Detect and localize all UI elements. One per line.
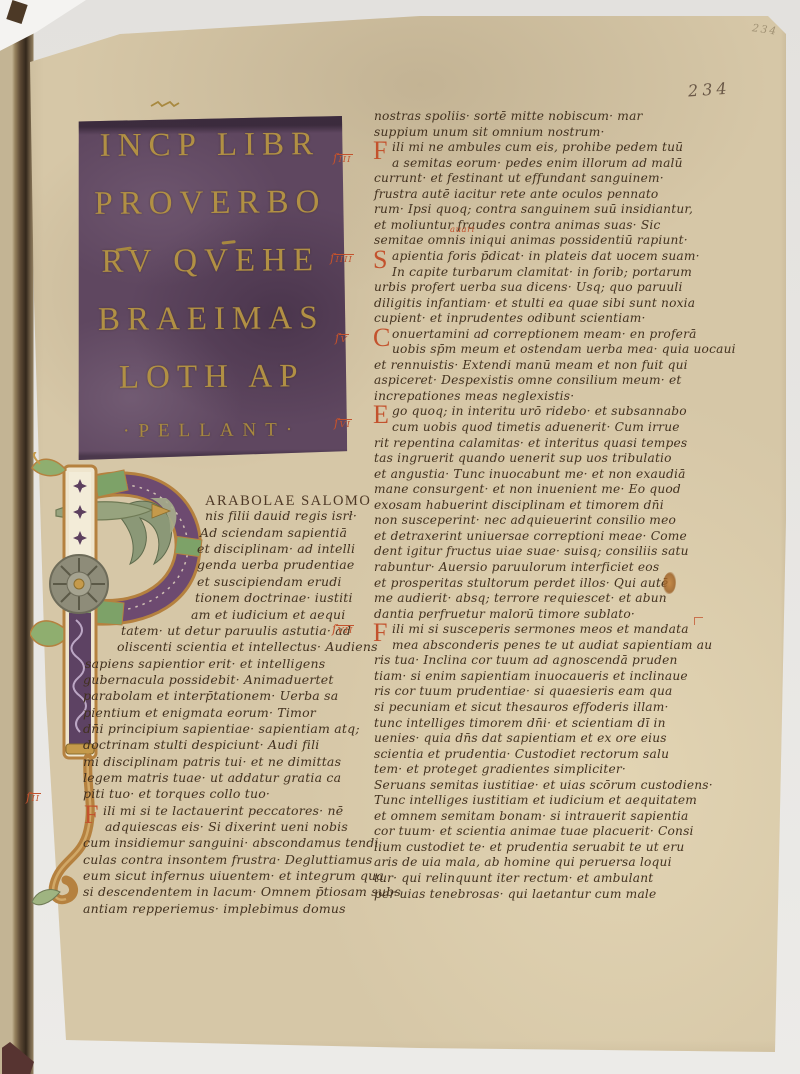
text-line: tatem· ut detur paruulis astutia· ad xyxy=(121,625,351,638)
text-line: Fili mi si te lactauerint peccatores· nē xyxy=(103,805,343,818)
line-text: legem matris tuae· ut addatur gratia ca xyxy=(83,770,341,785)
line-text: parabolam et interp̄tationem· Uerba sa xyxy=(83,688,338,703)
text-line: et rennuistis· Extendi manū meam et non … xyxy=(374,359,688,371)
line-text: suppium unum sit omnium nostrum· xyxy=(374,125,605,139)
line-text: frustra autē iacitur rete ante oculos pe… xyxy=(374,187,658,201)
line-text: culas contra insontem frustra· Degluttia… xyxy=(83,852,373,867)
incipit-panel: INCP LIBRPROVERBORV QVEHEBRAEIMASLOTH AP… xyxy=(75,116,348,460)
numeral-value: VI xyxy=(338,419,352,430)
red-initial: F xyxy=(373,620,388,646)
line-text: et rennuistis· Extendi manū meam et non … xyxy=(374,358,688,372)
text-line: Sapientia foris p̄dicat· in plateis dat … xyxy=(392,250,700,262)
line-text: apientia foris p̄dicat· in plateis dat u… xyxy=(392,249,700,263)
line-text: semitae omnis iniqui animas possidentiū … xyxy=(374,233,688,247)
line-text: cupient· et inprudentes odibunt scientia… xyxy=(374,311,646,325)
chapter-numeral: ſIIII xyxy=(330,249,354,265)
line-text: et suscipiendam erudi xyxy=(197,574,342,589)
line-text: mi disciplinam patris tui· et ne dimitta… xyxy=(83,754,341,769)
text-line: doctrinam stulti despiciunt· Audi fili xyxy=(83,739,320,752)
line-text: oliscenti scientia et intellectus· Audie… xyxy=(117,639,378,654)
line-text: et omnem semitam bonam· si intrauerit sa… xyxy=(374,809,689,823)
text-line: culas contra insontem frustra· Degluttia… xyxy=(83,854,373,867)
text-line: ARABOLAE SALOMO xyxy=(205,494,371,509)
line-text: et disciplinam· ad intelli xyxy=(197,541,355,556)
chapter-numeral: ſVI xyxy=(334,414,352,430)
line-text: et angustia· Tunc inuocabunt me· et non … xyxy=(374,467,686,481)
line-text: rabuntur· Auersio paruulorum interficiet… xyxy=(374,560,659,574)
line-text: nis filii dauid regis isrł· xyxy=(205,508,357,523)
text-line: frustra autē iacitur rete ante oculos pe… xyxy=(374,188,658,200)
line-text: eum sicut infernus uiuentem· et integrum… xyxy=(83,868,384,883)
line-text: si descendentem in lacum· Omnem p̄tiosam… xyxy=(83,884,401,899)
text-line: et detraxerint uniuersae correptioni mea… xyxy=(374,530,687,542)
line-text: sapiens sapientior erit· et intelligens xyxy=(85,656,325,671)
text-line: increpationes meas neglexistis· xyxy=(374,390,574,402)
text-line: cum insidiemur sanguini· abscondamus ten… xyxy=(83,837,379,850)
line-text: rit repentina calamitas· et interitus qu… xyxy=(374,436,687,450)
text-line: cum uobis quod timetis aduenerit· Cum ir… xyxy=(392,421,680,433)
red-correction-mark xyxy=(694,617,703,625)
numeral-value: V xyxy=(339,334,348,345)
text-line: ris cor tuum prudentiae· si quaesieris e… xyxy=(374,685,673,697)
line-text: per uias tenebrosas· qui laetantur cum m… xyxy=(374,887,656,901)
text-line: mi disciplinam patris tui· et ne dimitta… xyxy=(83,756,341,769)
line-text: doctrinam stulti despiciunt· Audi fili xyxy=(83,737,320,752)
text-line: Seruans semitas iustitiae· et uias scōru… xyxy=(374,779,713,791)
line-text: piti tuo· et torques collo tuo· xyxy=(83,786,270,801)
text-line: ris tua· Inclina cor tuum ad agnoscendā … xyxy=(374,654,678,666)
text-line: dn̄i principium sapientiae· sapientiam a… xyxy=(83,723,360,736)
line-text: Seruans semitas iustitiae· et uias scōru… xyxy=(374,778,713,792)
text-line: nis filii dauid regis isrł· xyxy=(205,510,357,523)
line-text: tem· et proteget gradientes simpliciter· xyxy=(374,762,626,776)
text-line: uobis sp̄m meum et ostendam uerba mea· q… xyxy=(392,343,736,355)
line-text: exosam habuerint disciplinam et timorem … xyxy=(374,498,664,512)
line-text: Tunc intelliges iustitiam et iudicium et… xyxy=(374,793,697,807)
text-line: tunc intelliges timorem dn̄i· et scienti… xyxy=(374,717,666,729)
text-line: genda uerba prudentiae xyxy=(197,559,354,572)
line-text: nostras spoliis· sortē mitte nobiscum· m… xyxy=(374,109,643,123)
text-line: me audierit· absq; terrore requiescet· e… xyxy=(374,592,667,604)
text-line: sapiens sapientior erit· et intelligens xyxy=(85,658,325,671)
line-text: am et iudicium et aequi xyxy=(191,607,346,622)
text-line: pientium et enigmata eorum· Timor xyxy=(83,707,316,720)
text-line: antiam repperiemus· implebimus domus xyxy=(83,903,346,916)
text-line: et omnem semitam bonam· si intrauerit sa… xyxy=(374,810,689,822)
text-line: a semitas eorum· pedes enim illorum ad m… xyxy=(392,157,683,169)
text-line: semitae omnis iniqui animas possidentiū … xyxy=(374,234,688,246)
line-text: tur· qui relinquunt iter rectum· et ambu… xyxy=(374,871,653,885)
line-text: a semitas eorum· pedes enim illorum ad m… xyxy=(392,156,683,170)
numeral-value: IIII xyxy=(334,254,353,265)
book-board-corner xyxy=(2,1042,34,1074)
text-line: tur· qui relinquunt iter rectum· et ambu… xyxy=(374,872,653,884)
text-line: et prosperitas stultorum perdet illos· Q… xyxy=(374,577,668,589)
text-line: non susceperint· nec adquieuerint consil… xyxy=(374,514,676,526)
line-text: dantia perfruetur malorū timore sublato· xyxy=(374,607,635,621)
line-text: ris cor tuum prudentiae· si quaesieris e… xyxy=(374,684,673,698)
line-text: diligitis infantiam· et stulti ea quae s… xyxy=(374,296,695,310)
line-text: uobis sp̄m meum et ostendam uerba mea· q… xyxy=(392,342,736,356)
text-line: cor tuum· et scientia animae tuae placue… xyxy=(374,825,694,837)
incipit-line: BRAEIMAS xyxy=(76,302,346,337)
text-line: diligitis infantiam· et stulti ea quae s… xyxy=(374,297,695,309)
incipit-line: PROVERBO xyxy=(75,186,345,221)
red-initial: C xyxy=(373,325,391,351)
line-text: tatem· ut detur paruulis astutia· ad xyxy=(121,623,351,638)
incipit-line: INCP LIBR xyxy=(75,128,345,163)
line-text: urbis profert uerba sua dicens· Usq; quo… xyxy=(374,280,683,294)
gold-flourish-mark xyxy=(150,99,180,109)
text-line: uenies· quia dn̄s dat sapientiam et ex o… xyxy=(374,732,667,744)
text-line: am et iudicium et aequi xyxy=(191,609,346,622)
right-text-column: nostras spoliis· sortē mitte nobiscum· m… xyxy=(374,110,708,910)
line-text: ili mi si te lactauerint peccatores· nē xyxy=(103,803,343,818)
text-line: nostras spoliis· sortē mitte nobiscum· m… xyxy=(374,110,643,122)
line-text: rum· Ipsi quoq; contra sanguinem suū ins… xyxy=(374,202,693,216)
line-text: pientium et enigmata eorum· Timor xyxy=(83,705,316,720)
text-line: parabolam et interp̄tationem· Uerba sa xyxy=(83,690,338,703)
line-text: tas ingruerit quando uenerit sup uos tri… xyxy=(374,451,672,465)
text-line: mane consurgent· et non inuenient me· Eo… xyxy=(374,483,681,495)
red-initial: F xyxy=(373,138,388,164)
text-line: dantia perfruetur malorū timore sublato· xyxy=(374,608,635,620)
line-text: adquiescas eis· Si dixerint ueni nobis xyxy=(105,819,348,834)
text-line: Ad sciendam sapientiā xyxy=(200,527,347,540)
numeral-value: II xyxy=(30,793,41,804)
chapter-numeral: ſV xyxy=(335,329,349,345)
text-line: rum· Ipsi quoq; contra sanguinem suū ins… xyxy=(374,203,693,215)
line-text: uenies· quia dn̄s dat sapientiam et ex o… xyxy=(374,731,667,745)
line-text: scientia et prudentia· Custodiet rectoru… xyxy=(374,747,669,761)
red-initial: F xyxy=(84,802,99,828)
chapter-numeral: ſVII xyxy=(332,620,354,636)
text-line: mea absconderis penes te ut audiat sapie… xyxy=(392,639,712,651)
line-text: cum insidiemur sanguini· abscondamus ten… xyxy=(83,835,379,850)
chapter-numeral: ſIII xyxy=(333,149,353,165)
text-line: rabuntur· Auersio paruulorum interficiet… xyxy=(374,561,659,573)
line-text: me audierit· absq; terrore requiescet· e… xyxy=(374,591,667,605)
line-text: antiam repperiemus· implebimus domus xyxy=(83,901,346,916)
numeral-value: III xyxy=(337,154,352,165)
line-text: ARABOLAE SALOMO xyxy=(205,493,371,509)
incipit-line: LOTH AP xyxy=(77,360,347,395)
line-text: si pecuniam et sicut thesauros effoderis… xyxy=(374,700,669,714)
text-line: dent igitur fructus uiae suae· suisq; co… xyxy=(374,545,689,557)
line-text: ili mi si susceperis sermones meos et ma… xyxy=(392,622,689,636)
line-text: go quoq; in interitu urō ridebo· et subs… xyxy=(392,404,687,418)
text-line: si pecuniam et sicut thesauros effoderis… xyxy=(374,701,669,713)
text-line: rit repentina calamitas· et interitus qu… xyxy=(374,437,687,449)
line-text: et moliuntur fraudes contra animas suas·… xyxy=(374,218,661,232)
line-text: aris de uia mala, ab homine qui peruersa… xyxy=(374,855,672,869)
text-line: currunt· et festinant ut effundant sangu… xyxy=(374,172,664,184)
line-text: genda uerba prudentiae xyxy=(197,557,354,572)
folio-number: 234 xyxy=(687,79,731,101)
left-text-column: ARABOLAE SALOMOnis filii dauid regis isr… xyxy=(83,494,369,926)
text-line: scientia et prudentia· Custodiet rectoru… xyxy=(374,748,669,760)
line-text: onuertamini ad correptionem meam· en pro… xyxy=(392,327,697,341)
line-text: cor tuum· et scientia animae tuae placue… xyxy=(374,824,694,838)
line-text: dent igitur fructus uiae suae· suisq; co… xyxy=(374,544,689,558)
line-text: tionem doctrinae· iustiti xyxy=(195,590,353,605)
line-text: cum uobis quod timetis aduenerit· Cum ir… xyxy=(392,420,680,434)
text-line: et angustia· Tunc inuocabunt me· et non … xyxy=(374,468,686,480)
text-line: tionem doctrinae· iustiti xyxy=(195,592,353,605)
text-line: suppium unum sit omnium nostrum· xyxy=(374,126,605,138)
line-text: et detraxerint uniuersae correptioni mea… xyxy=(374,529,687,543)
text-line: eum sicut infernus uiuentem· et integrum… xyxy=(83,870,384,883)
incipit-line: ·PELLANT· xyxy=(77,420,347,441)
line-text: increpationes meas neglexistis· xyxy=(374,389,574,403)
line-text: In capite turbarum clamitat· in forib; p… xyxy=(392,265,692,279)
line-text: dn̄i principium sapientiae· sapientiam a… xyxy=(83,721,360,736)
text-line: urbis profert uerba sua dicens· Usq; quo… xyxy=(374,281,683,293)
line-text: non susceperint· nec adquieuerint consil… xyxy=(374,513,676,527)
text-line: tas ingruerit quando uenerit sup uos tri… xyxy=(374,452,672,464)
text-line: tiam· si enim sapientiam inuocaueris et … xyxy=(374,670,688,682)
text-line: Conuertamini ad correptionem meam· en pr… xyxy=(392,328,697,340)
text-line: et suscipiendam erudi xyxy=(197,576,342,589)
text-line: cupient· et inprudentes odibunt scientia… xyxy=(374,312,646,324)
text-line: aris de uia mala, ab homine qui peruersa… xyxy=(374,856,672,868)
text-line: legem matris tuae· ut addatur gratia ca xyxy=(83,772,341,785)
text-line: adquiescas eis· Si dixerint ueni nobis xyxy=(105,821,348,834)
line-text: mea absconderis penes te ut audiat sapie… xyxy=(392,638,712,652)
text-line: exosam habuerint disciplinam et timorem … xyxy=(374,499,664,511)
text-line: oliscenti scientia et intellectus· Audie… xyxy=(117,641,378,654)
line-text: currunt· et festinant ut effundant sangu… xyxy=(374,171,664,185)
text-line: gubernacula possidebit· Animaduertet xyxy=(83,674,334,687)
text-line: aspiceret· Despexistis omne consilium me… xyxy=(374,374,681,386)
text-line: piti tuo· et torques collo tuo· xyxy=(83,788,270,801)
chapter-numeral: ſII xyxy=(26,788,41,804)
text-line: tem· et proteget gradientes simpliciter· xyxy=(374,763,626,775)
line-text: et prosperitas stultorum perdet illos· Q… xyxy=(374,576,668,590)
line-text: aspiceret· Despexistis omne consilium me… xyxy=(374,373,681,387)
manuscript-photo: 234 234 INCP LIBRPROVERBORV QVEHEBRAEIMA… xyxy=(0,0,800,1074)
text-line: et disciplinam· ad intelli xyxy=(197,543,355,556)
text-line: Ego quoq; in interitu urō ridebo· et sub… xyxy=(392,405,687,417)
numeral-value: VII xyxy=(336,625,354,636)
line-text: Ad sciendam sapientiā xyxy=(200,525,347,540)
text-line: Fili mi ne ambules cum eis, prohibe pede… xyxy=(392,141,683,153)
red-initial: E xyxy=(373,402,389,428)
text-line: lium custodiet te· et prudentia seruabit… xyxy=(374,841,684,853)
text-line: Tunc intelliges iustitiam et iudicium et… xyxy=(374,794,697,806)
line-text: ili mi ne ambules cum eis, prohibe pedem… xyxy=(392,140,683,154)
line-text: ris tua· Inclina cor tuum ad agnoscendā … xyxy=(374,653,678,667)
line-text: tunc intelliges timorem dn̄i· et scienti… xyxy=(374,716,666,730)
incipit-line: RV QVEHE xyxy=(76,244,346,279)
text-line: In capite turbarum clamitat· in forib; p… xyxy=(392,266,692,278)
red-initial: S xyxy=(373,247,388,273)
line-text: lium custodiet te· et prudentia seruabit… xyxy=(374,840,684,854)
line-text: tiam· si enim sapientiam inuocaueris et … xyxy=(374,669,688,683)
line-text: mane consurgent· et non inuenient me· Eo… xyxy=(374,482,681,496)
line-text: gubernacula possidebit· Animaduertet xyxy=(83,672,334,687)
text-line: Fili mi si susceperis sermones meos et m… xyxy=(392,623,689,635)
text-line: si descendentem in lacum· Omnem p̄tiosam… xyxy=(83,886,401,899)
text-line: per uias tenebrosas· qui laetantur cum m… xyxy=(374,888,656,900)
interlinear-gloss: auari xyxy=(450,226,475,235)
text-line: et moliuntur fraudes contra animas suas·… xyxy=(374,219,661,231)
